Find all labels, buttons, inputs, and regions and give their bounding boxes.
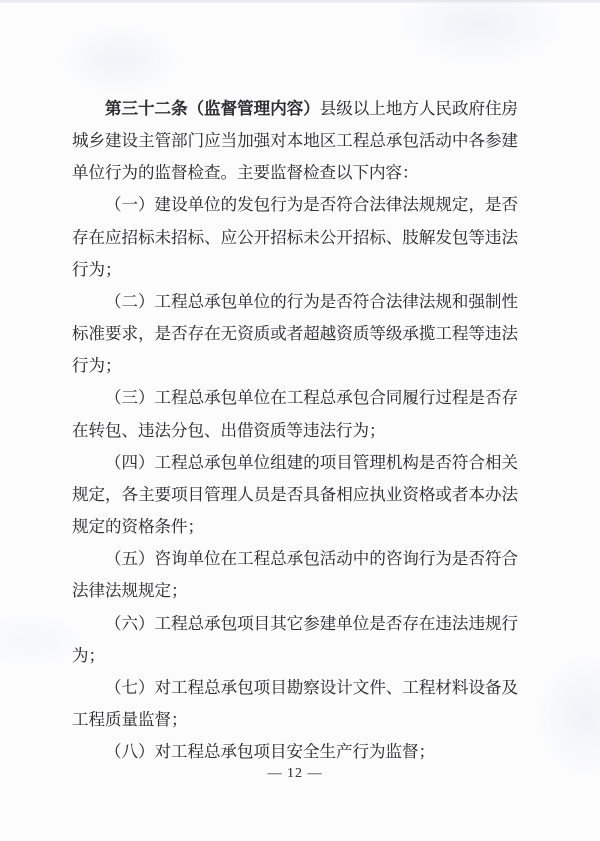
article-item: （五）咨询单位在工程总承包活动中的咨询行为是否符合法律法规规定； (72, 543, 518, 607)
article-item: （六）工程总承包项目其它参建单位是否存在违法违规行为； (72, 608, 518, 672)
article-item: （八）对工程总承包项目安全生产行为监督； (72, 736, 518, 768)
page-number: — 12 — (72, 766, 518, 782)
article-body: 第三十二条（监督管理内容）县级以上地方人民政府住房城乡建设主管部门应当加强对本地… (72, 93, 518, 768)
scanned-document-page: 第三十二条（监督管理内容）县级以上地方人民政府住房城乡建设主管部门应当加强对本地… (0, 0, 600, 841)
article-heading-paragraph: 第三十二条（监督管理内容）县级以上地方人民政府住房城乡建设主管部门应当加强对本地… (72, 93, 518, 189)
article-item: （二）工程总承包单位的行为是否符合法律法规和强制性标准要求，是否存在无资质或者超… (72, 286, 518, 382)
article-items: （一）建设单位的发包行为是否符合法律法规规定，是否存在应招标未招标、应公开招标未… (72, 189, 518, 768)
article-item: （一）建设单位的发包行为是否符合法律法规规定，是否存在应招标未招标、应公开招标未… (72, 189, 518, 285)
article-item: （七）对工程总承包项目勘察设计文件、工程材料设备及工程质量监督； (72, 672, 518, 736)
article-number-heading: 第三十二条（监督管理内容） (105, 99, 320, 118)
article-item: （四）工程总承包单位组建的项目管理机构是否符合相关规定，各主要项目管理人员是否具… (72, 447, 518, 543)
article-item: （三）工程总承包单位在工程总承包合同履行过程是否存在转包、违法分包、出借资质等违… (72, 382, 518, 446)
